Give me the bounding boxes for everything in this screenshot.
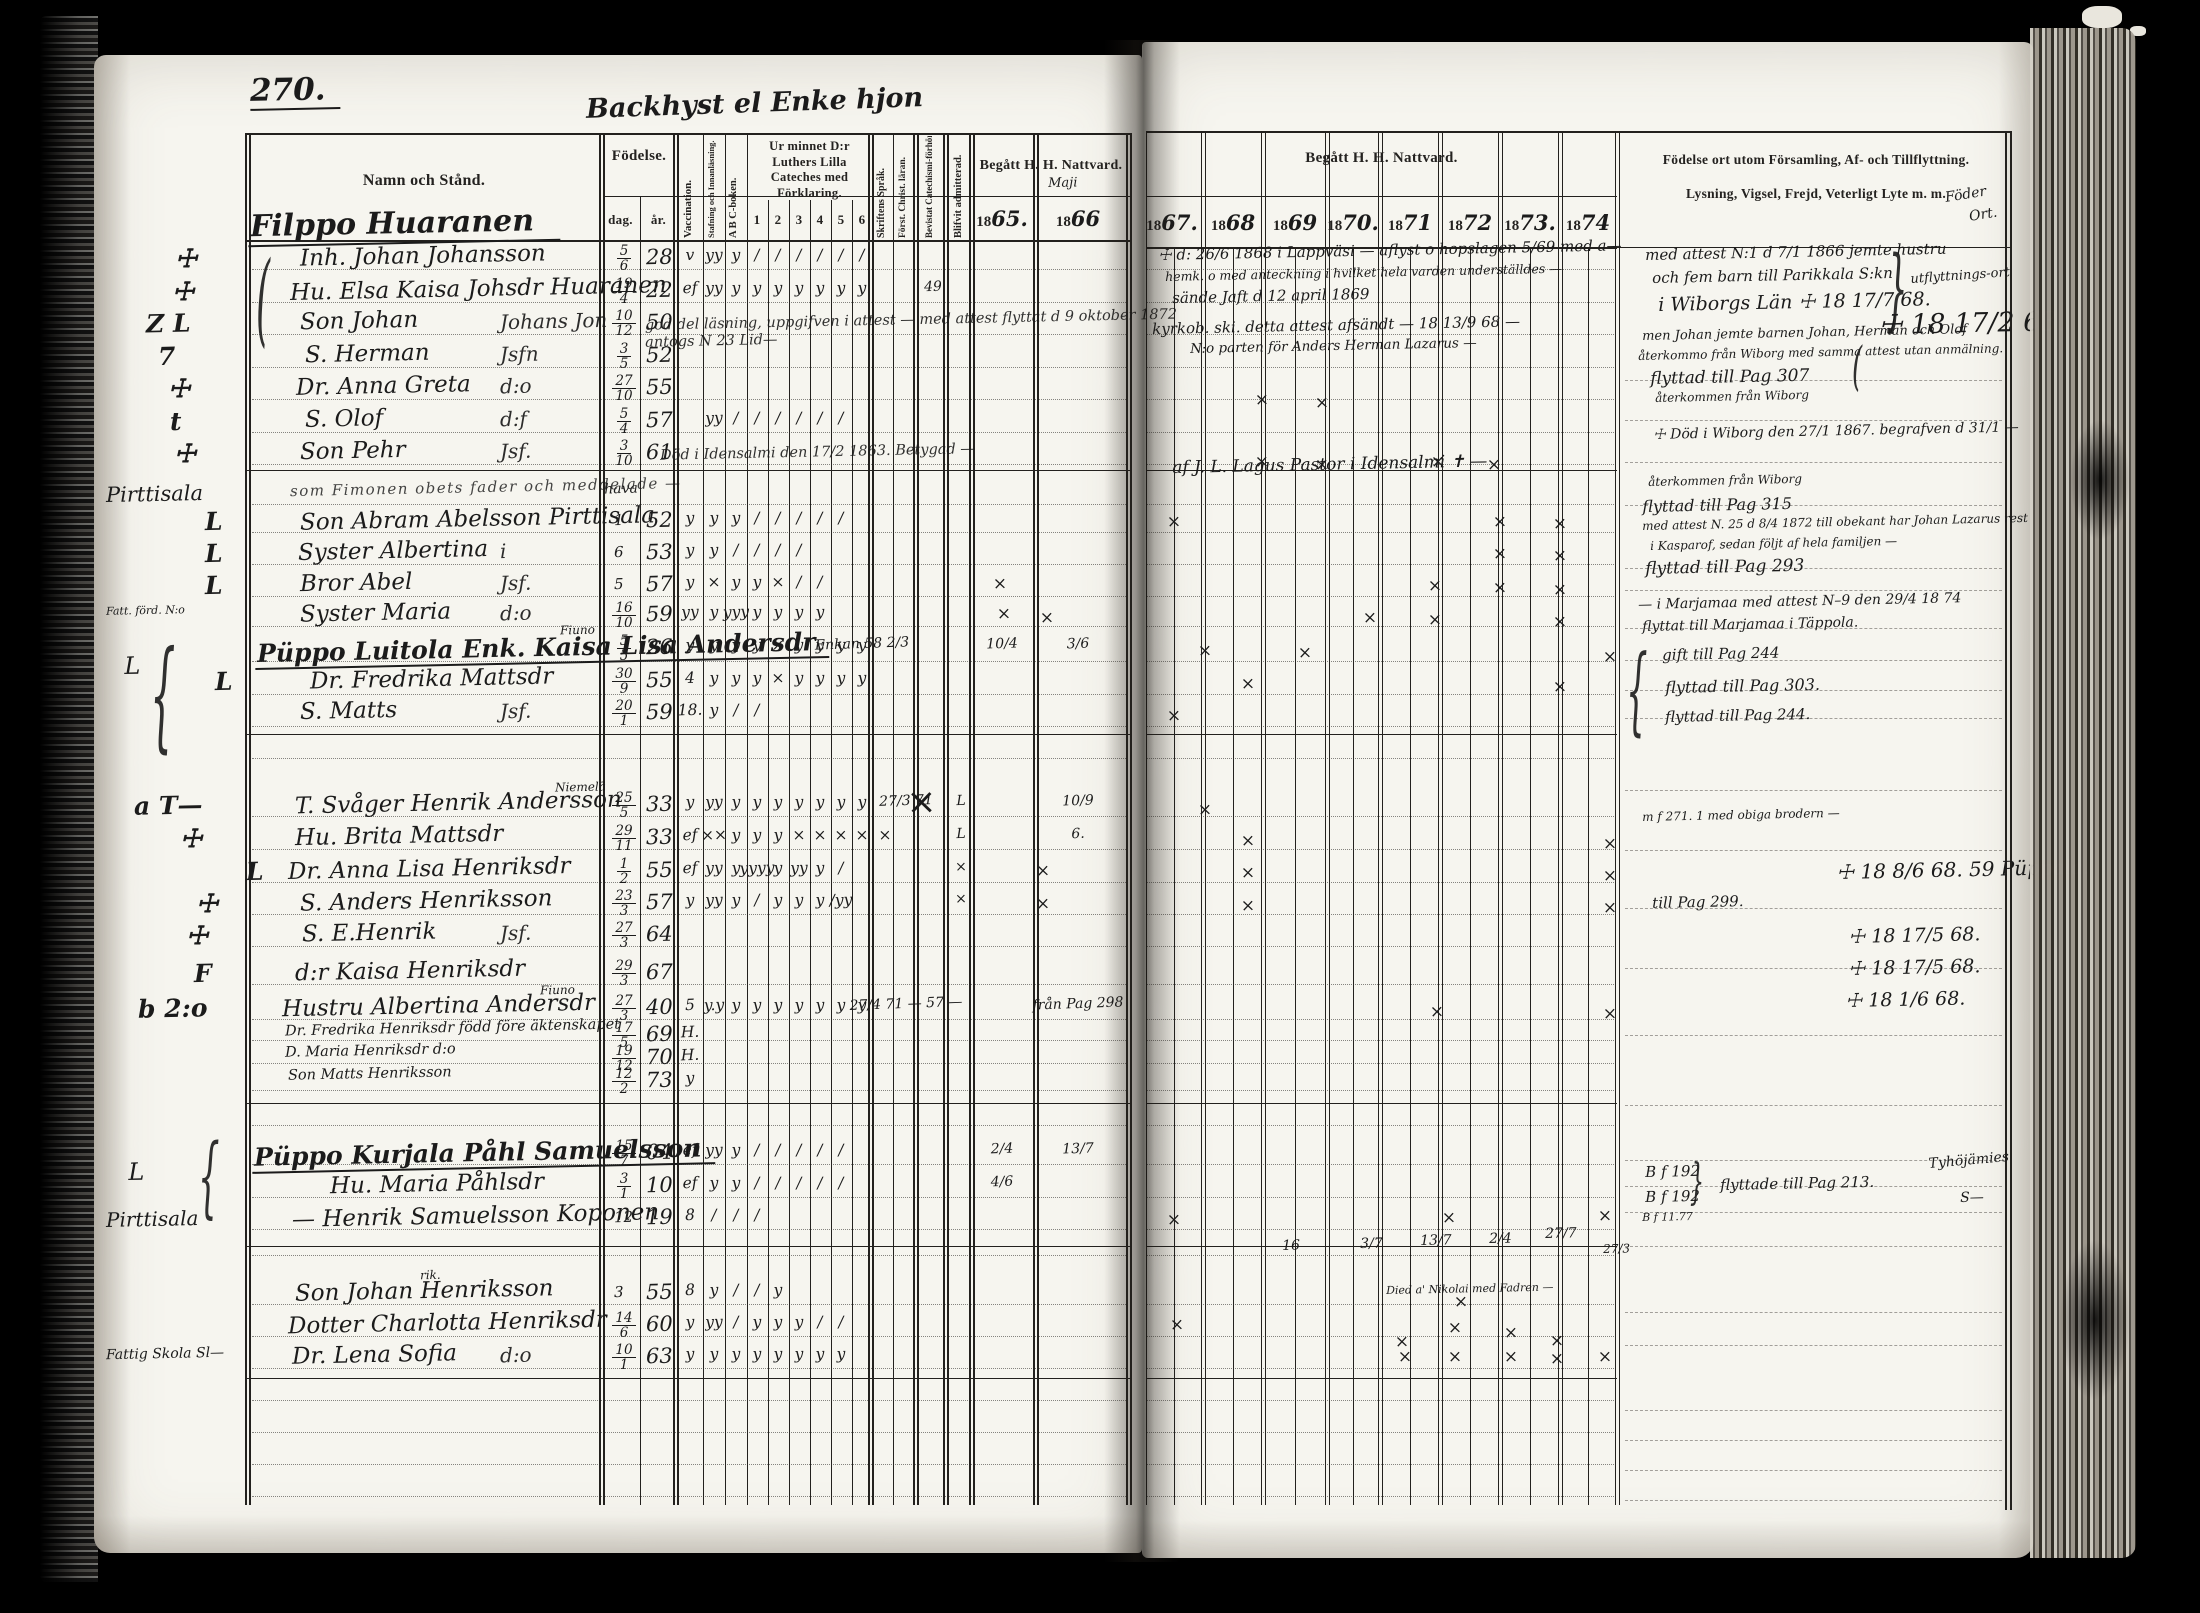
reading-mark: y [752, 573, 761, 591]
annotation: ☩ 18 17/5 68. [1848, 955, 1981, 980]
communion-x-mark: × [1603, 834, 1618, 854]
annotation: L [124, 652, 141, 680]
reading-mark: y [731, 793, 740, 811]
annotation: till Pag 299. [1652, 892, 1744, 912]
year-printed-18: 18 [1566, 218, 1581, 234]
communion-x-mark: × [1553, 677, 1568, 697]
annotation: återkommen från Wiborg [1655, 388, 1809, 405]
birth-day-month: 309 [606, 667, 642, 696]
birth-day-month: 5 [614, 575, 624, 593]
reading-mark: y [773, 891, 782, 909]
reading-mark: / [754, 701, 760, 719]
margin-symbol: Z L [146, 309, 191, 339]
reading-mark: y [731, 279, 740, 297]
reading-mark: ef [682, 1174, 698, 1193]
reading-mark: y [836, 793, 845, 811]
reading-mark: y [794, 793, 803, 811]
communion-x-mark: × [1448, 1347, 1463, 1367]
person-name: Son Abram Abelsson Pirttisala [300, 502, 655, 535]
reading-mark: 8 [685, 1206, 695, 1224]
communion-x-mark: × [1493, 578, 1508, 598]
communion-x-mark: × [1487, 455, 1502, 475]
reading-mark: / [817, 409, 823, 427]
annotation: ☩ 18 1/6 68. [1845, 987, 1966, 1012]
header-nattvard-right: Begått H. H. Nattvard. [1146, 150, 1617, 167]
person-name: Inh. Johan Johansson [300, 240, 546, 271]
reading-mark: / [754, 1141, 760, 1159]
patronymic-ditto: Jsf. [500, 571, 532, 596]
annotation: flyttad till Pag 293 [1645, 556, 1805, 579]
annotation: — i Marjamaa med attest N–9 den 29/4 18 … [1638, 590, 1962, 613]
reading-mark: y [752, 279, 761, 297]
margin-symbol: L [246, 857, 264, 886]
annotation: flyttad till Pag 307 [1650, 366, 1810, 389]
reading-mark: y [815, 996, 824, 1014]
person-name: Syster Maria [300, 598, 452, 627]
margin-symbol: ☩ [172, 277, 195, 306]
brace-mark: ( [256, 244, 270, 359]
annotation: Maji [1048, 175, 1078, 191]
patronymic-ditto: d:o [500, 374, 532, 399]
birth-year: 57 [646, 890, 673, 915]
reading-mark: y [752, 636, 761, 654]
cell-note: L [956, 826, 966, 842]
reading-mark: × [771, 573, 785, 591]
reading-mark: yy [705, 1313, 723, 1332]
reading-mark: y [794, 891, 803, 909]
name-superscript: Fiuno [540, 983, 575, 998]
header-nattvard-left: Begått H. H. Nattvard. [971, 158, 1131, 174]
reading-mark: × [855, 826, 869, 844]
birth-year: 22 [646, 278, 673, 303]
patronymic-ditto: Jsf. [500, 439, 532, 464]
communion-x-mark: × [1241, 831, 1256, 851]
annotation: hemk. o med anteckning i hvilket hela va… [1165, 261, 1562, 284]
year-label-right: 1873. [1500, 210, 1560, 235]
patronymic-ditto: d:o [500, 1343, 532, 1368]
communion-x-mark: × [1167, 512, 1182, 532]
person-name: Dotter Charlotta Henriksdr [288, 1307, 607, 1340]
page-heading-handwritten: Backhyst el Enke hjon [586, 82, 924, 125]
communion-x-mark: × [1598, 1206, 1613, 1226]
annotation: återkommen från Wiborg [1648, 472, 1802, 489]
communion-x-mark: × [1255, 452, 1270, 472]
reading-mark: y [731, 891, 740, 909]
birth-year: 69 [646, 1022, 673, 1047]
person-name: S. Matts [300, 697, 398, 725]
annotation: flyttad till Pag 315 [1642, 494, 1792, 516]
birth-year: 55 [646, 858, 673, 883]
birth-day-month: 157 [606, 1139, 642, 1168]
margin-symbol: b 2:o [138, 993, 208, 1023]
cell-note: 27/4 71 — 57 — [849, 994, 962, 1014]
patronymic-ditto: Johans Jon [500, 308, 608, 334]
reading-mark: y [752, 996, 761, 1014]
annotation: 27/7 [1545, 1225, 1577, 1242]
margin-symbol: L [215, 667, 233, 696]
communion-x-mark: × [1603, 647, 1618, 667]
annotation: S— [1960, 1190, 1984, 1206]
communion-x-mark: × [1442, 1208, 1457, 1228]
communion-x-mark: × [1167, 706, 1182, 726]
communion-x-mark: × [1428, 576, 1443, 596]
cell-note: 10/9 [1062, 792, 1094, 809]
person-name: Hu. Maria Påhlsdr [330, 1169, 544, 1199]
reading-mark: / [754, 509, 760, 527]
patronymic-ditto: Jsfn [500, 342, 539, 367]
year-handwritten-digits: 69 [1288, 210, 1317, 235]
reading-mark: y [685, 891, 694, 909]
margin-symbol: L [205, 571, 223, 600]
annotation: N:o parten för Anders Herman Lazarus — [1190, 335, 1477, 357]
reading-mark: y [685, 541, 694, 559]
annotation: Died a' Nikolai med Fadren — [1386, 1280, 1554, 1297]
reading-mark: y [794, 279, 803, 297]
reading-mark: y [752, 1345, 761, 1363]
reading-mark: y [815, 793, 824, 811]
reading-mark: v [685, 246, 694, 264]
reading-mark: / [838, 509, 844, 527]
reading-mark: y [731, 636, 740, 654]
communion-x-mark: × [1170, 1315, 1185, 1335]
patronymic-ditto: Jsf. [500, 921, 532, 946]
header-name-stand: Namn och Stånd. [247, 172, 601, 190]
birth-day-month: 255 [606, 791, 642, 820]
reading-mark: ef [682, 1141, 698, 1160]
reading-mark: × [771, 636, 785, 654]
reading-mark: / [775, 409, 781, 427]
reading-mark: y [731, 573, 740, 591]
reading-mark: × [878, 826, 892, 844]
cell-note: 6. [1071, 826, 1085, 842]
reading-mark: y [709, 1345, 718, 1363]
person-name: Son Johan [300, 307, 419, 335]
annotation: ☩ d: 26/6 1868 i Lappväsi — aflyst o hop… [1158, 236, 1622, 264]
annotation: 16 [1282, 1238, 1300, 1254]
birth-year: 55 [646, 1280, 673, 1305]
reading-mark: 18. [677, 701, 702, 720]
reading-mark: × [813, 826, 827, 844]
year-printed-18: 18 [1146, 218, 1161, 234]
margin-symbol: ☩ [175, 244, 198, 273]
year-label-right: 1872 [1440, 210, 1500, 235]
communion-x-mark: × [1603, 898, 1618, 918]
reading-mark: y [773, 859, 782, 877]
reading-mark: y [752, 669, 761, 687]
person-name: S. E.Henrik [302, 919, 437, 948]
reading-mark: y [752, 1313, 761, 1331]
cell-note: 13/7 [1062, 1140, 1094, 1157]
communion-x-mark: × [1241, 896, 1256, 916]
communion-x-mark: × [1553, 580, 1568, 600]
birth-day-month: 55 [606, 634, 642, 663]
margin-place-label: Fattig Skola Sl— [106, 1345, 224, 1363]
reading-mark: / [775, 509, 781, 527]
reading-mark: y [685, 793, 694, 811]
reading-mark: yy [705, 246, 723, 265]
communion-x-mark: × [1398, 1347, 1413, 1367]
scan-artifact [2060, 1240, 2130, 1400]
reading-mark: ef [682, 826, 698, 845]
reading-mark: / [733, 1206, 739, 1224]
reading-mark: y [752, 793, 761, 811]
birth-day-month: 1 [614, 511, 624, 529]
header-dag: dag. [601, 212, 640, 228]
reading-mark: / [796, 573, 802, 591]
reading-mark: y [857, 669, 866, 687]
year-label-right: 1867. [1142, 210, 1202, 235]
annotation: ☩ 18 17/5 68. [1848, 923, 1981, 948]
reading-mark: y [794, 1345, 803, 1363]
annotation: sände Jaft d 12 april 1869 [1172, 285, 1370, 307]
reading-mark: y [731, 509, 740, 527]
reading-mark: y [815, 603, 824, 621]
birth-year: 70 [646, 1045, 673, 1070]
communion-x-mark: × [1315, 455, 1330, 475]
communion-x-mark: × [1198, 800, 1213, 820]
margin-symbol: ☩ [174, 439, 197, 468]
birth-year: 10 [646, 1173, 673, 1198]
reading-mark: y [731, 1345, 740, 1363]
patronymic-ditto: d:f [500, 407, 527, 432]
annotation: flyttad till Pag 303. [1665, 675, 1820, 697]
annotation: Tyhöjämies [1928, 1149, 2010, 1172]
person-name: S. Herman [305, 340, 430, 369]
communion-x-mark: × [1553, 612, 1568, 632]
reading-mark: y [773, 793, 782, 811]
brace-mark: { [198, 1126, 220, 1230]
reading-mark: y [731, 669, 740, 687]
year-handwritten-digits: 72 [1463, 210, 1492, 235]
reading-mark: y [773, 826, 782, 844]
reading-mark: / [817, 1141, 823, 1159]
margin-symbol: L [205, 507, 223, 536]
birth-day-month: 2911 [606, 824, 642, 853]
reading-mark: ×× [701, 826, 728, 845]
reading-mark: / [754, 1281, 760, 1299]
annotation: m f 271. 1 med obiga brodern — [1642, 806, 1840, 824]
birth-year: 53 [646, 540, 673, 565]
reading-mark: y [731, 246, 740, 264]
person-name: S. Anders Henriksson [300, 885, 553, 916]
cell-note: från Pag 298 [1032, 994, 1123, 1013]
reading-mark: yyy [723, 603, 750, 622]
birth-year: 63 [646, 1344, 673, 1369]
birth-year: 40 [646, 995, 673, 1020]
reading-mark: / [733, 541, 739, 559]
year-label-left: 1866 [1048, 206, 1108, 231]
reading-mark: yyyy [739, 858, 775, 877]
birth-year: 55 [646, 375, 673, 400]
header-fodelse: Födelse. [601, 148, 677, 165]
reading-mark: / [796, 409, 802, 427]
person-name: d:r Kaisa Henriksdr [295, 956, 526, 987]
reading-mark: / [859, 246, 865, 264]
communion-x-mark: × [1603, 1004, 1618, 1024]
communion-x-mark: × [1428, 610, 1443, 630]
person-name: Hu. Brita Mattsdr [295, 821, 504, 851]
year-handwritten-digits: 73. [1519, 210, 1556, 235]
reading-mark: y [815, 279, 824, 297]
communion-x-mark: × [1298, 643, 1313, 663]
communion-x-mark: × [1553, 546, 1568, 566]
reading-mark: ef [682, 859, 698, 878]
reading-mark: / [754, 246, 760, 264]
annotation: 3/7 [1360, 1236, 1383, 1252]
year-label-right: 1871 [1380, 210, 1440, 235]
name-superscript: Fiuno [560, 623, 595, 638]
birth-year: 33 [646, 792, 673, 817]
reading-mark: y [709, 541, 718, 559]
year-printed-18: 18 [1327, 218, 1342, 234]
cell-note: hava [604, 480, 638, 497]
reading-mark: / [796, 246, 802, 264]
reading-mark: / [796, 509, 802, 527]
birth-year: 33 [646, 825, 673, 850]
reading-mark: y [709, 1281, 718, 1299]
reading-mark: y [815, 859, 824, 877]
birth-year: 52 [646, 343, 673, 368]
reading-mark: × [834, 826, 848, 844]
reading-mark: y.y [703, 996, 724, 1015]
patronymic-ditto: d:o [500, 601, 532, 626]
reading-mark: / [775, 246, 781, 264]
margin-place-label: Fatt. förd. N:o [106, 603, 185, 618]
header-blifvit-admitterad: Blifvit admitterad. [953, 136, 964, 238]
year-handwritten-digits: 71 [1403, 210, 1432, 235]
year-label-left: 1865. [972, 206, 1032, 231]
cell-note: Enkan 58 2/3 [815, 634, 910, 653]
person-name: Syster Albertina [298, 536, 489, 566]
reading-mark: / [754, 891, 760, 909]
birth-year: 73 [646, 1068, 673, 1093]
annotation: 2/4 [1489, 1231, 1512, 1247]
birth-day-month: 1610 [606, 601, 642, 630]
name-superscript: Niemelä [555, 779, 606, 794]
margin-place-label: Pirttisala [106, 481, 203, 507]
reading-mark: y [773, 996, 782, 1014]
communion-x-mark: × [1036, 894, 1051, 914]
margin-symbol: ☩ [186, 921, 209, 950]
cateches-col-number: 6 [850, 212, 874, 228]
reading-mark: / [838, 1141, 844, 1159]
birth-year: 55 [646, 668, 673, 693]
birth-day-month: 12 [614, 1208, 633, 1226]
reading-mark: y [709, 1174, 718, 1192]
communion-x-mark: × [1036, 861, 1051, 881]
person-name: Son Pehr [300, 437, 406, 465]
reading-mark: / [796, 1141, 802, 1159]
birth-day-month: 310 [606, 439, 642, 468]
annotation: och fem barn till Parikkala S:kn [1652, 264, 1893, 287]
birth-day-month: 293 [606, 959, 642, 988]
annotation: 27/3 [1603, 1241, 1630, 1256]
reading-mark: / [796, 541, 802, 559]
cell-note: 10/4 [986, 635, 1018, 652]
reading-mark: y [773, 1281, 782, 1299]
reading-mark: y [773, 279, 782, 297]
header-vaccination: Vaccination. [682, 136, 694, 238]
page-ink-layer: 270. Backhyst el Enke hjon Namn och Stån… [0, 0, 2200, 1613]
cell-note: 2/4 [990, 1141, 1013, 1158]
communion-x-mark: × [1553, 514, 1568, 534]
reading-mark: y [685, 573, 694, 591]
reading-mark: y [752, 826, 761, 844]
communion-x-mark: × [1255, 390, 1270, 410]
reading-mark: y [794, 669, 803, 687]
person-name: Dr. Fredrika Mattsdr [310, 663, 554, 694]
reading-mark: / [775, 541, 781, 559]
birth-day-month: 31 [606, 1172, 642, 1201]
reading-mark: yy [681, 603, 699, 622]
reading-mark: yy [705, 279, 723, 298]
reading-mark: y [731, 826, 740, 844]
annotation: flyttad till Pag 244. [1665, 705, 1811, 726]
reading-mark: ef [682, 279, 698, 298]
reading-mark: × [771, 669, 785, 687]
communion-x-mark: × [993, 574, 1008, 594]
year-printed-18: 18 [1273, 218, 1288, 234]
row-note: god del läsning, uppgifven i attest — me… [645, 306, 1191, 352]
birth-day-month: 233 [606, 889, 642, 918]
reading-mark: / [733, 701, 739, 719]
reading-mark: 8 [685, 1281, 695, 1299]
patronymic-ditto: Jsf. [500, 699, 532, 724]
annotation: L [128, 1158, 145, 1186]
birth-year: 26 [646, 635, 673, 660]
communion-x-mark: × [997, 604, 1012, 624]
reading-mark: y [731, 1174, 740, 1192]
scan-artifact [2070, 420, 2130, 540]
birth-year: 04 [646, 1140, 673, 1165]
reading-mark: / [733, 409, 739, 427]
name-superscript: rik. [420, 1268, 441, 1282]
brace-mark: } [1690, 1156, 1704, 1211]
reading-mark: y [815, 891, 824, 909]
reading-mark: 5 [685, 996, 695, 1014]
reading-mark: yy [705, 1141, 723, 1160]
header-skriftens-sprak: Skriftens Språk. [876, 136, 887, 238]
birth-day-month: 3 [614, 1283, 624, 1301]
page-number: 270. [250, 71, 340, 111]
reading-mark: yy [705, 409, 723, 428]
communion-x-mark: × [1430, 1002, 1445, 1022]
year-printed-18: 18 [1388, 218, 1403, 234]
reading-mark: / [817, 573, 823, 591]
communion-x-mark: × [1454, 1292, 1469, 1312]
year-handwritten-digits: 65. [991, 206, 1028, 231]
communion-x-mark: × [1315, 393, 1330, 413]
communion-x-mark: × [1550, 1349, 1565, 1369]
reading-mark: /yy [829, 891, 852, 910]
reading-mark: y [731, 1141, 740, 1159]
cell-note: × [955, 859, 967, 875]
year-handwritten-digits: 74 [1581, 210, 1610, 235]
reading-mark: / [838, 409, 844, 427]
birth-day-month: 194 [606, 277, 642, 306]
cell-note: L [956, 793, 966, 809]
reading-mark: y [709, 701, 718, 719]
year-label-right: 1869 [1265, 210, 1325, 235]
reading-mark: / [754, 541, 760, 559]
reading-mark: y [685, 636, 694, 654]
reading-mark: y [815, 1345, 824, 1363]
birth-day-month: 56 [606, 244, 642, 273]
year-label-right: 1870. [1323, 210, 1383, 235]
reading-mark: y [794, 636, 803, 654]
header-cateches: Ur minnet D:r Luthers Lilla Cateches med… [749, 139, 870, 202]
reading-mark: / [817, 1174, 823, 1192]
